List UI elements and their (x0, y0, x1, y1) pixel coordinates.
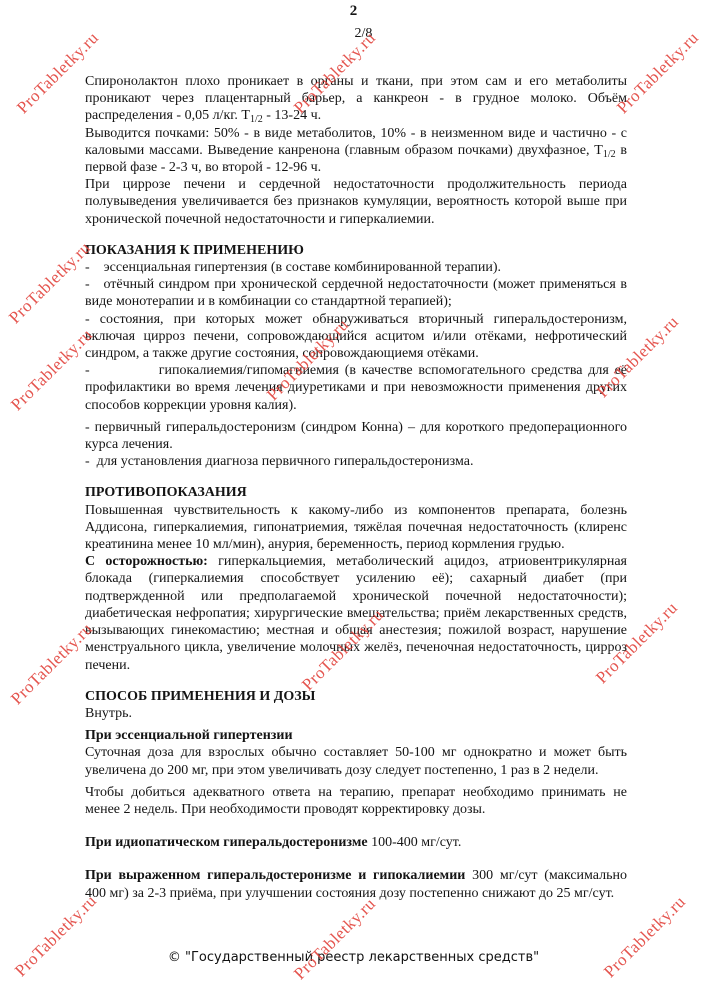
section-heading: СПОСОБ ПРИМЕНЕНИЯ И ДОЗЫ (85, 688, 627, 705)
paragraph: - для установления диагноза первичного г… (85, 453, 627, 470)
watermark-text: ProTabletky.ru (7, 619, 97, 709)
paragraph: - эссенциальная гипертензия (в составе к… (85, 259, 627, 276)
page-number: 2 (0, 3, 707, 20)
page-fraction: 2/8 (10, 26, 707, 42)
paragraph: С осторожностью: гиперкальциемия, метабо… (85, 553, 627, 673)
paragraph: При идиопатическом гиперальдостеронизме … (85, 834, 627, 851)
paragraph: Спиронолактон плохо проникает в органы и… (85, 73, 627, 125)
paragraph: Внутрь. (85, 705, 627, 722)
paragraph: Суточная доза для взрослых обычно состав… (85, 744, 627, 778)
watermark-text: ProTabletky.ru (7, 325, 97, 415)
section-heading: ПРОТИВОПОКАЗАНИЯ (85, 484, 627, 501)
paragraph: - гипокалиемия/гипомагниемия (в качестве… (85, 362, 627, 414)
document-page: 2 2/8 Спиронолактон плохо проникает в ор… (0, 0, 707, 1000)
watermark-text: ProTabletky.ru (600, 892, 690, 982)
paragraph: - первичный гиперальдостеронизм (синдром… (85, 419, 627, 453)
watermark-text: ProTabletky.ru (5, 238, 95, 328)
section-heading: ПОКАЗАНИЯ К ПРИМЕНЕНИЮ (85, 242, 627, 259)
paragraph: При эссенциальной гипертензии (85, 727, 627, 744)
paragraph: Повышенная чувствительность к какому-либ… (85, 502, 627, 554)
watermark-text: ProTabletky.ru (11, 891, 101, 981)
paragraph: - состояния, при которых может обнаружив… (85, 311, 627, 363)
paragraph: Чтобы добиться адекватного ответа на тер… (85, 784, 627, 818)
paragraph: Выводится почками: 50% - в виде метаболи… (85, 125, 627, 177)
paragraph: - отёчный синдром при хронической сердеч… (85, 276, 627, 310)
footer-copyright: © "Государственный реестр лекарственных … (0, 950, 707, 965)
watermark-text: ProTabletky.ru (290, 894, 380, 984)
document-body: Спиронолактон плохо проникает в органы и… (85, 73, 627, 902)
paragraph: При выраженном гиперальдостеронизме и ги… (85, 867, 627, 901)
paragraph: При циррозе печени и сердечной недостато… (85, 176, 627, 228)
